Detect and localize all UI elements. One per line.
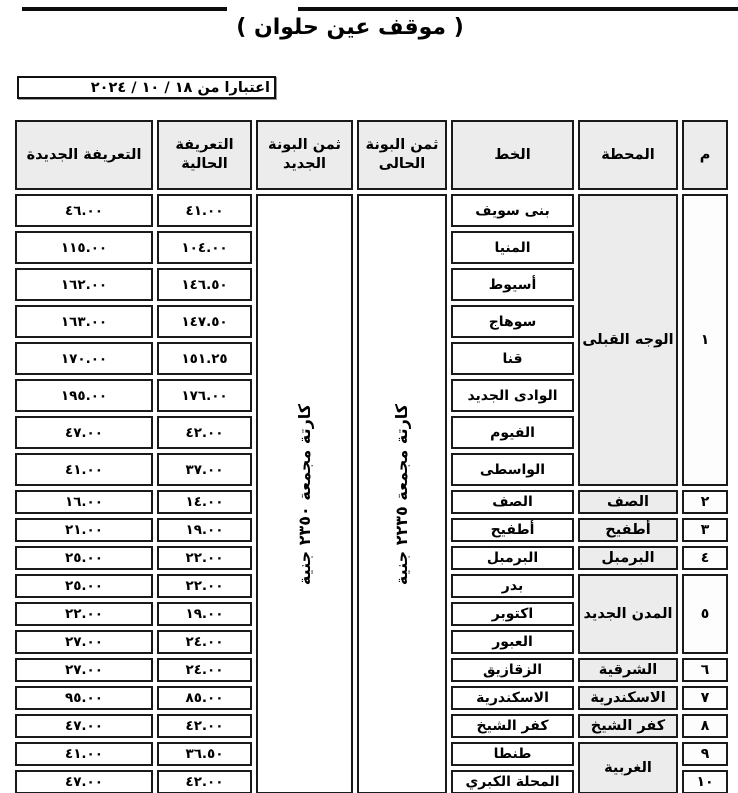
line-cell: طنطا — [451, 742, 574, 766]
line-cell: المحلة الكبري — [451, 770, 574, 793]
tariff-current-cell: ١٤٧.٥٠ — [157, 305, 252, 338]
header-tariff-current: التعريفة الحالية — [157, 120, 252, 190]
tariff-current-cell: ١٩.٠٠ — [157, 602, 252, 626]
line-cell: الوادى الجديد — [451, 379, 574, 412]
tariff-current-cell: ١٤٦.٥٠ — [157, 268, 252, 301]
line-cell: الفيوم — [451, 416, 574, 449]
station-cell: الشرقية — [578, 658, 678, 682]
effective-date-text: اعتبارا من ١٨ / ١٠ / ٢٠٢٤ — [91, 80, 270, 96]
tariff-current-cell: ٢٢.٠٠ — [157, 546, 252, 570]
tariff-new-cell: ٢٥.٠٠ — [15, 546, 153, 570]
tariff-new-cell: ٤٦.٠٠ — [15, 194, 153, 227]
tariff-current-cell: ٤٢.٠٠ — [157, 714, 252, 738]
index-cell: ١ — [682, 194, 728, 486]
tariff-current-cell: ٤١.٠٠ — [157, 194, 252, 227]
tariff-current-cell: ٢٢.٠٠ — [157, 574, 252, 598]
line-cell: الصف — [451, 490, 574, 514]
line-cell: أسيوط — [451, 268, 574, 301]
station-cell: الغربية — [578, 742, 678, 793]
tariff-new-cell: ١٩٥.٠٠ — [15, 379, 153, 412]
coupon-current-note: كارتة مجمعة ٢٢٣٥ جنية — [357, 194, 447, 793]
tariff-new-cell: ٩٥.٠٠ — [15, 686, 153, 710]
tariff-current-cell: ٢٤.٠٠ — [157, 630, 252, 654]
tariff-new-cell: ١٦.٠٠ — [15, 490, 153, 514]
station-cell: الوجه القبلى — [578, 194, 678, 486]
tariff-current-cell: ٤٢.٠٠ — [157, 770, 252, 793]
index-cell: ٧ — [682, 686, 728, 710]
index-cell: ٨ — [682, 714, 728, 738]
header-index: م — [682, 120, 728, 190]
tariff-new-cell: ١٧٠.٠٠ — [15, 342, 153, 375]
tariff-new-cell: ٤١.٠٠ — [15, 453, 153, 486]
tariff-current-cell: ٣٧.٠٠ — [157, 453, 252, 486]
tariff-new-cell: ٢٧.٠٠ — [15, 658, 153, 682]
line-cell: المنيا — [451, 231, 574, 264]
scanned-fare-document: { "colors": { "border": "#1a1a1a", "head… — [0, 0, 738, 793]
tariff-current-cell: ٣٦.٥٠ — [157, 742, 252, 766]
tariff-new-cell: ١٦٢.٠٠ — [15, 268, 153, 301]
tariff-current-cell: ٢٤.٠٠ — [157, 658, 252, 682]
header-coupon-current: ثمن البونة الحالى — [357, 120, 447, 190]
line-cell: كفر الشيخ — [451, 714, 574, 738]
station-cell: الاسكندرية — [578, 686, 678, 710]
header-coupon-new: ثمن البونة الجديد — [256, 120, 353, 190]
tariff-current-cell: ٤٢.٠٠ — [157, 416, 252, 449]
line-cell: البرمبل — [451, 546, 574, 570]
tariff-current-cell: ١٩.٠٠ — [157, 518, 252, 542]
coupon-new-note-text: كارتة مجمعة ٢٣٥٠ جنية — [295, 403, 314, 584]
top-rule-left — [22, 7, 227, 11]
line-cell: بدر — [451, 574, 574, 598]
tariff-new-cell: ٤٧.٠٠ — [15, 714, 153, 738]
line-cell: اكتوبر — [451, 602, 574, 626]
index-cell: ٥ — [682, 574, 728, 654]
tariff-new-cell: ٤٧.٠٠ — [15, 416, 153, 449]
tariff-new-cell: ٤١.٠٠ — [15, 742, 153, 766]
index-cell: ٣ — [682, 518, 728, 542]
line-cell: الزقازيق — [451, 658, 574, 682]
tariff-new-cell: ٢٧.٠٠ — [15, 630, 153, 654]
fare-table: م المحطة الخط ثمن البونة الحالى ثمن البو… — [15, 120, 728, 793]
coupon-new-note: كارتة مجمعة ٢٣٥٠ جنية — [256, 194, 353, 793]
line-cell: الواسطى — [451, 453, 574, 486]
station-cell: الصف — [578, 490, 678, 514]
effective-date-banner: اعتبارا من ١٨ / ١٠ / ٢٠٢٤ — [17, 76, 276, 99]
line-cell: بنى سويف — [451, 194, 574, 227]
tariff-new-cell: ٢١.٠٠ — [15, 518, 153, 542]
index-cell: ٤ — [682, 546, 728, 570]
station-cell: أطفيح — [578, 518, 678, 542]
tariff-current-cell: ٨٥.٠٠ — [157, 686, 252, 710]
station-cell: المدن الجديد — [578, 574, 678, 654]
header-line: الخط — [451, 120, 574, 190]
station-cell: كفر الشيخ — [578, 714, 678, 738]
station-cell: البرمبل — [578, 546, 678, 570]
line-cell: أطفيح — [451, 518, 574, 542]
tariff-current-cell: ١٤.٠٠ — [157, 490, 252, 514]
coupon-current-note-text: كارتة مجمعة ٢٢٣٥ جنية — [393, 403, 412, 584]
page-title: ( موقف عين حلوان ) — [0, 15, 700, 40]
tariff-new-cell: ١٦٣.٠٠ — [15, 305, 153, 338]
line-cell: سوهاج — [451, 305, 574, 338]
line-cell: قنا — [451, 342, 574, 375]
tariff-new-cell: ٢٥.٠٠ — [15, 574, 153, 598]
index-cell: ١٠ — [682, 770, 728, 793]
tariff-current-cell: ١٧٦.٠٠ — [157, 379, 252, 412]
top-rule-right — [298, 7, 738, 11]
line-cell: العبور — [451, 630, 574, 654]
tariff-new-cell: ٤٧.٠٠ — [15, 770, 153, 793]
index-cell: ٩ — [682, 742, 728, 766]
tariff-current-cell: ١٥١.٢٥ — [157, 342, 252, 375]
index-cell: ٦ — [682, 658, 728, 682]
index-cell: ٢ — [682, 490, 728, 514]
tariff-new-cell: ١١٥.٠٠ — [15, 231, 153, 264]
tariff-current-cell: ١٠٤.٠٠ — [157, 231, 252, 264]
header-station: المحطة — [578, 120, 678, 190]
tariff-new-cell: ٢٢.٠٠ — [15, 602, 153, 626]
header-tariff-new: التعريفة الجديدة — [15, 120, 153, 190]
line-cell: الاسكندرية — [451, 686, 574, 710]
